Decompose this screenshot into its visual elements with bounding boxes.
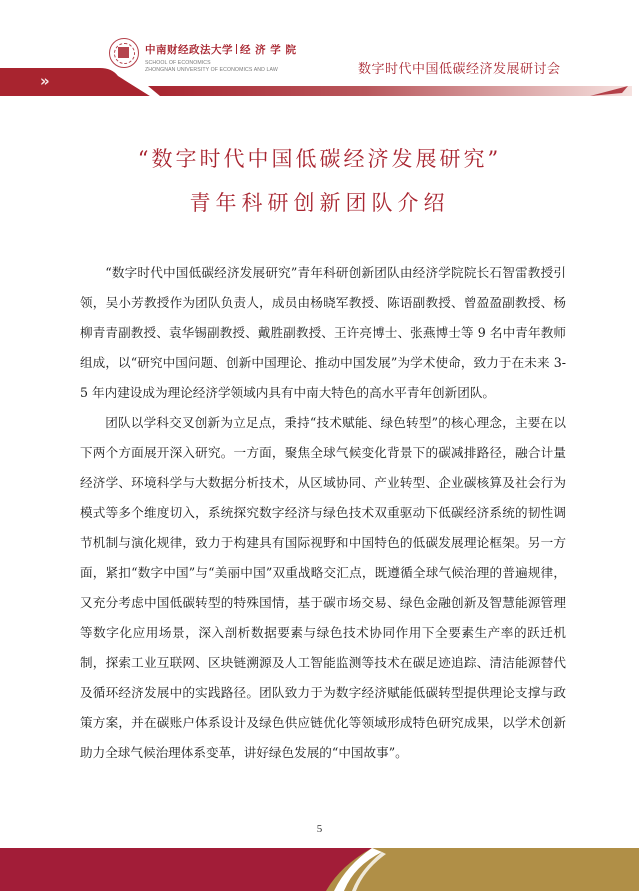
double-chevron-icon: » <box>40 72 47 90</box>
header-banner-graphic <box>0 0 639 110</box>
document-subtitle: 青年科研创新团队介绍 <box>0 187 639 217</box>
document-page: » 中南财经政法大学经 济 学 院 SCHOOL OF ECONOMICS ZH… <box>0 0 639 891</box>
school-name-cn: 经 济 学 院 <box>240 44 296 56</box>
paragraph-research-focus: 团队以学科交叉创新为立足点，秉持“技术赋能、绿色转型”的核心理念，主要在以下两个… <box>80 408 566 768</box>
body-text: “数字时代中国低碳经济发展研究”青年科研创新团队由经济学院院长石智雷教授引领，吴… <box>80 258 566 768</box>
university-name: 中南财经政法大学经 济 学 院 <box>145 42 296 57</box>
document-title: “数字时代中国低碳经济发展研究” <box>0 143 639 173</box>
seal-emblem <box>118 47 129 58</box>
school-name-en: SCHOOL OF ECONOMICS <box>145 60 211 66</box>
footer-banner-graphic <box>0 848 639 891</box>
university-name-en: ZHONGNAN UNIVERSITY OF ECONOMICS AND LAW <box>145 67 278 73</box>
university-name-cn: 中南财经政法大学 <box>145 44 233 56</box>
paragraph-team-composition: “数字时代中国低碳经济发展研究”青年科研创新团队由经济学院院长石智雷教授引领，吴… <box>80 258 566 408</box>
university-seal-icon <box>109 38 139 68</box>
page-number: 5 <box>0 823 639 835</box>
conference-title: 数字时代中国低碳经济发展研讨会 <box>358 58 561 77</box>
name-divider <box>236 44 237 54</box>
page-header: » 中南财经政法大学经 济 学 院 SCHOOL OF ECONOMICS ZH… <box>0 0 639 110</box>
